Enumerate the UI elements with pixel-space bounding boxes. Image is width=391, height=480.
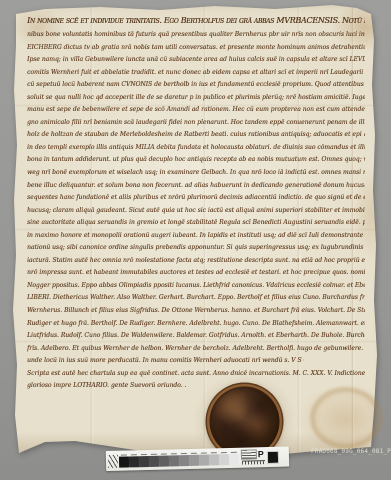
grayscale-patches [119,451,239,468]
manuscript-line: Nogger ppositus. Eppo abbas Olimpiadis p… [27,280,365,293]
manuscript-line: sine auctoritate aliqua seruandis in gre… [27,217,365,230]
manuscript-line: sequentes hanc fundationē et aliis pluri… [27,192,365,205]
manuscript-line: hucusq; claram aliquā gaudeant. Sicut au… [27,205,365,218]
seal-impression-ring-stain [310,387,382,449]
manuscript-line: nrō impressa sunt. et habeant immutabile… [27,267,365,280]
strip-logo-row: P [242,450,265,460]
manuscript-line: Rudiger et hugo frā. Bertholf. De Rudige… [27,318,365,331]
manuscript-line: weg nrī bonē exemplorum et wiselach usq;… [27,167,365,180]
manuscript-line: Wernherus. Billunch et filius eius Sigfr… [27,305,365,318]
strip-letter-p: P [258,450,264,459]
manuscript-line: in maximo honore et monopolii orationū a… [27,230,365,243]
grayscale-patch [159,455,169,466]
manuscript-line: nationū usq; sibi canonice ordine singul… [27,242,365,255]
grayscale-patch [179,455,189,466]
manuscript-line: gno animicalo filii nrī beniamin scā lau… [27,117,365,130]
manuscript-line: cū sepetuū locū haberent nam CVNONIS de … [27,79,365,92]
charter-scan-photo: In nomine scē et individue trinitatis. E… [0,0,391,480]
manuscript-line: iacturā. Statim autē hec omnia nrō moles… [27,255,365,268]
manuscript-line: glorioso impre LOTHARIO. gente Suevorū o… [27,380,189,393]
manuscript-line: holz de holtzan de stauban de Merlebolde… [27,129,365,142]
kodak-logo-microtext [242,451,256,459]
manuscript-line: LIBERI. Diethericus Walther. Also Walthe… [27,292,365,305]
archive-reference-label: FRAD068_09G_064_081_PS01 [311,448,391,455]
strip-white-tail [277,447,289,467]
manuscript-line: frīs. Adelbero. Et quibus Wernher de hel… [27,343,365,356]
grayscale-patch [169,455,179,466]
manuscript-text-block: In nomine scē et individue trinitatis. E… [27,12,365,393]
grayscale-patch [149,456,159,467]
manuscript-line: bona in tantum addiderunt. ut plus quā d… [27,154,365,167]
grayscale-patch [129,456,139,467]
black-reference-patch [268,451,278,462]
manuscript-line: Scripta est autē hec chartula sup ea quē… [27,368,365,381]
grayscale-patch [199,454,209,465]
manuscript-line: In nomine scē et individue trinitatis. E… [27,12,365,29]
manuscript-line: Ipse namq; in villa Gebunwilere iuncta u… [27,54,365,67]
manuscript-line: nibus bone voluntatis hominibus tā futur… [27,29,365,42]
strip-logo-block: P [242,450,265,465]
manuscript-line: soluit se qua nulli hoc qd acceperit ill… [27,92,365,105]
manuscript-line: unde locū in ius suū more perducatū. In … [27,355,304,368]
ruler-ticks [242,460,265,465]
grayscale-patch [189,455,199,466]
manuscript-line: comitis Wernheri fuit et abbelatie tradi… [27,67,365,80]
grayscale-patch [219,454,229,465]
manuscript-line: Liutfridus. Rudolf. Cuno filius. De Wald… [27,330,365,343]
grayscale-patch [119,456,129,467]
manuscript-line: manu est sepe de bebenwilere et sepe de … [27,104,365,117]
grayscale-patch [139,456,149,467]
manuscript-line: EICHBERG dictus tv ab gratia nrā nobis t… [27,42,365,55]
grayscale-patch [229,454,239,465]
grayscale-patch [209,454,219,465]
strip-corner-microtext [108,454,119,467]
manuscript-line: bene illuc deliquantur. et solum bona no… [27,180,365,193]
manuscript-line: in deo templi exemplo illis antiquis MIL… [27,142,365,155]
